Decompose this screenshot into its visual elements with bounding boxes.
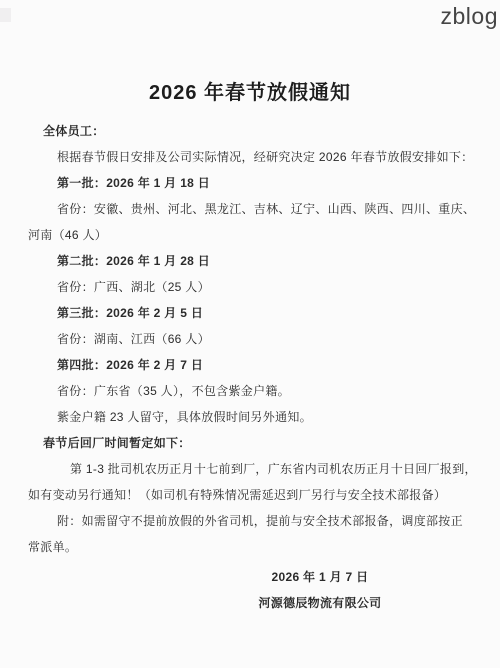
notice-line: 常派单。	[28, 534, 472, 560]
notice-line: 第三批：2026 年 2 月 5 日	[28, 300, 472, 326]
notice-line: 春节后回厂时间暂定如下：	[28, 430, 472, 456]
corner-artifact	[0, 8, 11, 22]
notice-line: 省份：广东省（35 人），不包含紫金户籍。	[28, 378, 472, 404]
notice-title: 2026 年春节放假通知	[0, 76, 500, 105]
notice-line: 紫金户籍 23 人留守，具体放假时间另外通知。	[28, 404, 472, 430]
notice-line: 河南（46 人）	[28, 222, 472, 248]
signature-date: 2026 年 1 月 7 日	[168, 564, 472, 590]
notice-line: 省份：安徽、贵州、河北、黑龙江、吉林、辽宁、山西、陕西、四川、重庆、	[28, 196, 472, 222]
notice-line: 全体员工：	[28, 118, 472, 144]
notice-document: 全体员工：根据春节假日安排及公司实际情况，经研究决定 2026 年春节放假安排如…	[28, 118, 472, 616]
notice-line: 第四批：2026 年 2 月 7 日	[28, 352, 472, 378]
notice-line: 第一批：2026 年 1 月 18 日	[28, 170, 472, 196]
notice-line: 附：如需留守不提前放假的外省司机，提前与安全技术部报备，调度部按正	[28, 508, 472, 534]
notice-line: 如有变动另行通知！（如司机有特殊情况需延迟到厂另行与安全技术部报备）	[28, 482, 472, 508]
notice-line: 第二批：2026 年 1 月 28 日	[28, 248, 472, 274]
notice-line: 省份：广西、湖北（25 人）	[28, 274, 472, 300]
zblog-watermark: zblog	[441, 3, 498, 30]
notice-line: 省份：湖南、江西（66 人）	[28, 326, 472, 352]
notice-body: 全体员工：根据春节假日安排及公司实际情况，经研究决定 2026 年春节放假安排如…	[28, 118, 472, 560]
notice-line: 第 1-3 批司机农历正月十七前到厂，广东省内司机农历正月十日回厂报到，	[28, 456, 472, 482]
signature-block: 2026 年 1 月 7 日 河源德辰物流有限公司	[28, 564, 472, 616]
notice-line: 根据春节假日安排及公司实际情况，经研究决定 2026 年春节放假安排如下：	[28, 144, 472, 170]
signature-company: 河源德辰物流有限公司	[168, 590, 472, 616]
